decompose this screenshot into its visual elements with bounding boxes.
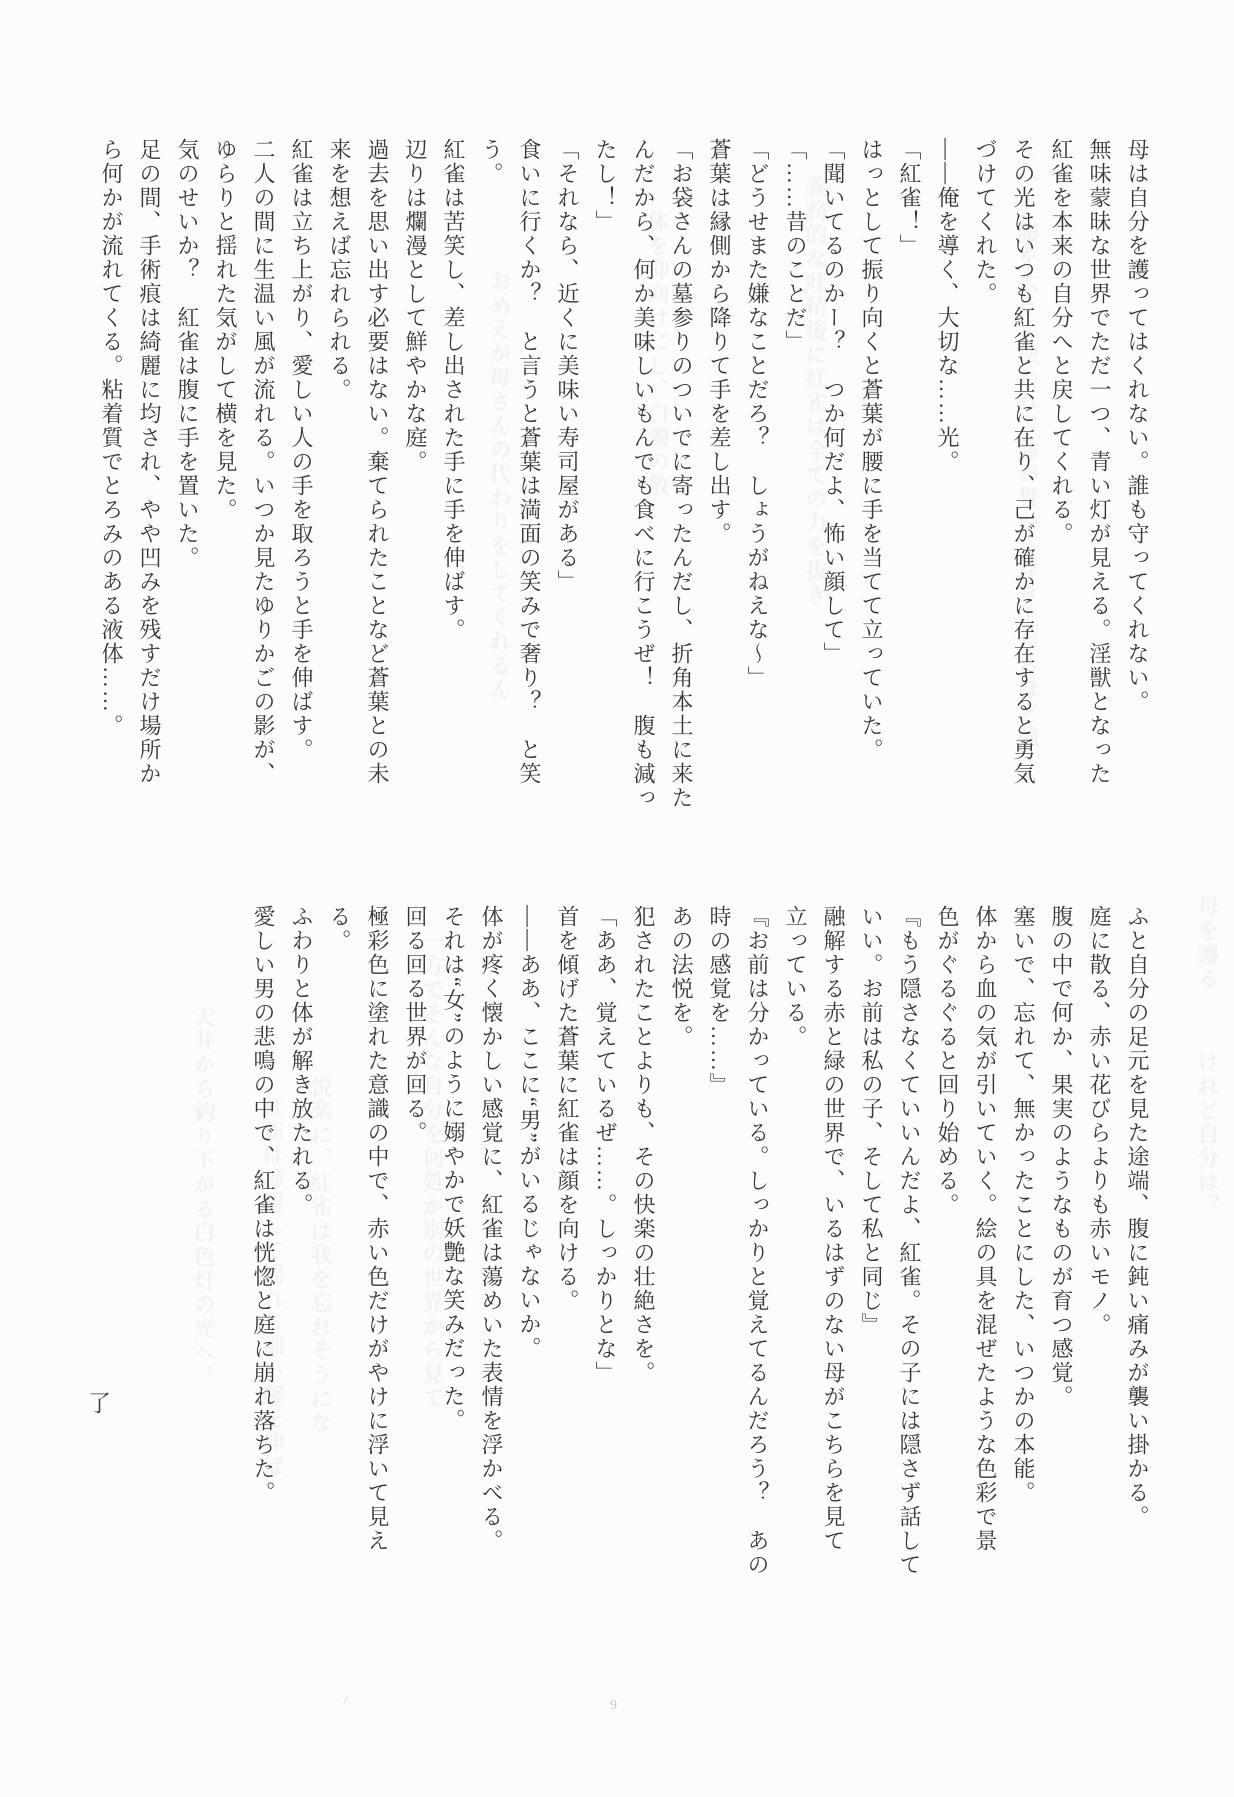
text-column: 庭に散る、赤い花びらよりも赤いモノ。 [1080,905,1118,1575]
text-column: その光はいつも紅雀と共に在り、己が確かに存在すると勇気 [1004,138,1042,883]
bleedthrough-fragment: けれど自分は？ [1190,1050,1224,1218]
text-column: 「ああ、覚えているぜ……。しっかりとな」 [586,905,624,1575]
text-column: 融解する赤と緑の世界で、いるはずのない母がこちらを見て [814,905,852,1575]
text-column: る。 [320,905,358,1575]
text-column: 「お袋さんの墓参りのついでに寄ったんだし、折角本土に来た [662,138,700,883]
text-column: 蒼葉は縁側から降りて手を差し出す。 [700,138,738,883]
text-column: 腹の中で何か、果実のようなものが育つ感覚。 [1042,905,1080,1575]
text-column: いい。お前は私の子、そして私と同じ』 [852,905,890,1575]
text-column: たし！」 [586,138,624,883]
text-column: はっとして振り向くと蒼葉が腰に手を当てて立っていた。 [852,138,890,883]
text-column: 食いに行くか？ と言うと蒼葉は満面の笑みで奢り？ と笑 [510,138,548,883]
text-column: 塞いで、忘れて、無かったことにした、いつかの本能。 [1004,905,1042,1575]
text-column: 犯されたことよりも、その快楽の壮絶さを。 [624,905,662,1575]
text-column: 過去を思い出す必要はない。棄てられたことなど蒼葉との未 [358,138,396,883]
text-column: う。 [472,138,510,883]
text-column: 「紅雀！」 [890,138,928,883]
bleedthrough-fragment: 母を護る [1190,895,1224,991]
text-column: ゆらりと揺れた気がして横を見た。 [206,138,244,883]
text-block-lower: ふと自分の足元を見た途端、腹に鈍い痛みが襲い掛かる。庭に散る、赤い花びらよりも赤… [244,905,1156,1575]
text-column: 「聞いてるのかー？ つか何だよ、怖い顔して」 [814,138,852,883]
text-column: んだから、何か美味しいもんでも食べに行こうぜ！ 腹も減っ [624,138,662,883]
text-column: 足の間、手術痕は綺麗に均され、やや凹みを残すだけ場所か [130,138,168,883]
text-block-upper: 母は自分を護ってはくれない。誰も守ってくれない。無味蒙昧な世界でただ一つ、青い灯… [92,138,1156,883]
text-column: 「……昔のことだ」 [776,138,814,883]
text-column: 回る回る世界が回る。 [396,905,434,1575]
text-column: 立っている。 [776,905,814,1575]
text-column: 辺りは爛漫として鮮やかな庭。 [396,138,434,883]
text-column: 極彩色に塗れた意識の中で、赤い色だけがやけに浮いて見え [358,905,396,1575]
text-column: 体から血の気が引いていく。絵の具を混ぜたような色彩で景 [966,905,1004,1575]
text-column: 「それなら、近くに美味い寿司屋がある」 [548,138,586,883]
text-column: 紅雀は立ち上がり、愛しい人の手を取ろうと手を伸ばす。 [282,138,320,883]
text-column: 無味蒙昧な世界でただ一つ、青い灯が見える。淫獣となった [1080,138,1118,883]
end-mark: 了 [88,1385,111,1418]
text-column: 首を傾げた蒼葉に紅雀は顔を向ける。 [548,905,586,1575]
text-column: 紅雀を本来の自分へと戻してくれる。 [1042,138,1080,883]
bleedthrough-fragment: 天井から釣り下がる白色灯の光へ。 [186,1005,220,1389]
text-column: ら何かが流れてくる。粘着質でとろみのある液体……。 [92,138,130,883]
text-column: あの法悦を。 [662,905,700,1575]
text-column: 時の感覚を……』 [700,905,738,1575]
text-column: 体が疼く懐かしい感覚に、紅雀は蕩めいた表情を浮かべる。 [472,905,510,1575]
scanned-novel-page: ぐ、と腰を大きく使われ、膝が畳から浮き上がるほど強義務的な吐精後に紅雀は全ての力… [0,0,1234,1797]
scan-artifact: / [342,1692,349,1708]
text-column: 色がぐるぐると回り始める。 [928,905,966,1575]
text-column: づけてくれた。 [966,138,1004,883]
text-column: ――俺を導く、大切な……光。 [928,138,966,883]
text-column: 母は自分を護ってはくれない。誰も守ってくれない。 [1118,138,1156,883]
text-column: ――ああ、ここに“男”がいるじゃないか。 [510,905,548,1575]
text-column: 「どうせまた嫌なことだろ？ しょうがねえな〜」 [738,138,776,883]
text-column: 二人の間に生温い風が流れる。いつか見たゆりかごの影が、 [244,138,282,883]
text-column: 『お前は分かっている。しっかりと覚えてるんだろう？ あの [738,905,776,1575]
page-number: 9 [610,1698,617,1714]
text-column: ふと自分の足元を見た途端、腹に鈍い痛みが襲い掛かる。 [1118,905,1156,1575]
text-column: 『もう隠さなくていいんだよ、紅雀。その子には隠さず話して [890,905,928,1575]
text-column: 愛しい男の悲鳴の中で、紅雀は恍惚と庭に崩れ落ちた。 [244,905,282,1575]
text-column: 気のせいか？ 紅雀は腹に手を置いた。 [168,138,206,883]
text-column: 来を想えば忘れられる。 [320,138,358,883]
text-column: ふわりと体が解き放たれる。 [282,905,320,1575]
text-column: それは“女”のように嫋やかで妖艶な笑みだった。 [434,905,472,1575]
text-column: 紅雀は苦笑し、差し出された手に手を伸ばす。 [434,138,472,883]
